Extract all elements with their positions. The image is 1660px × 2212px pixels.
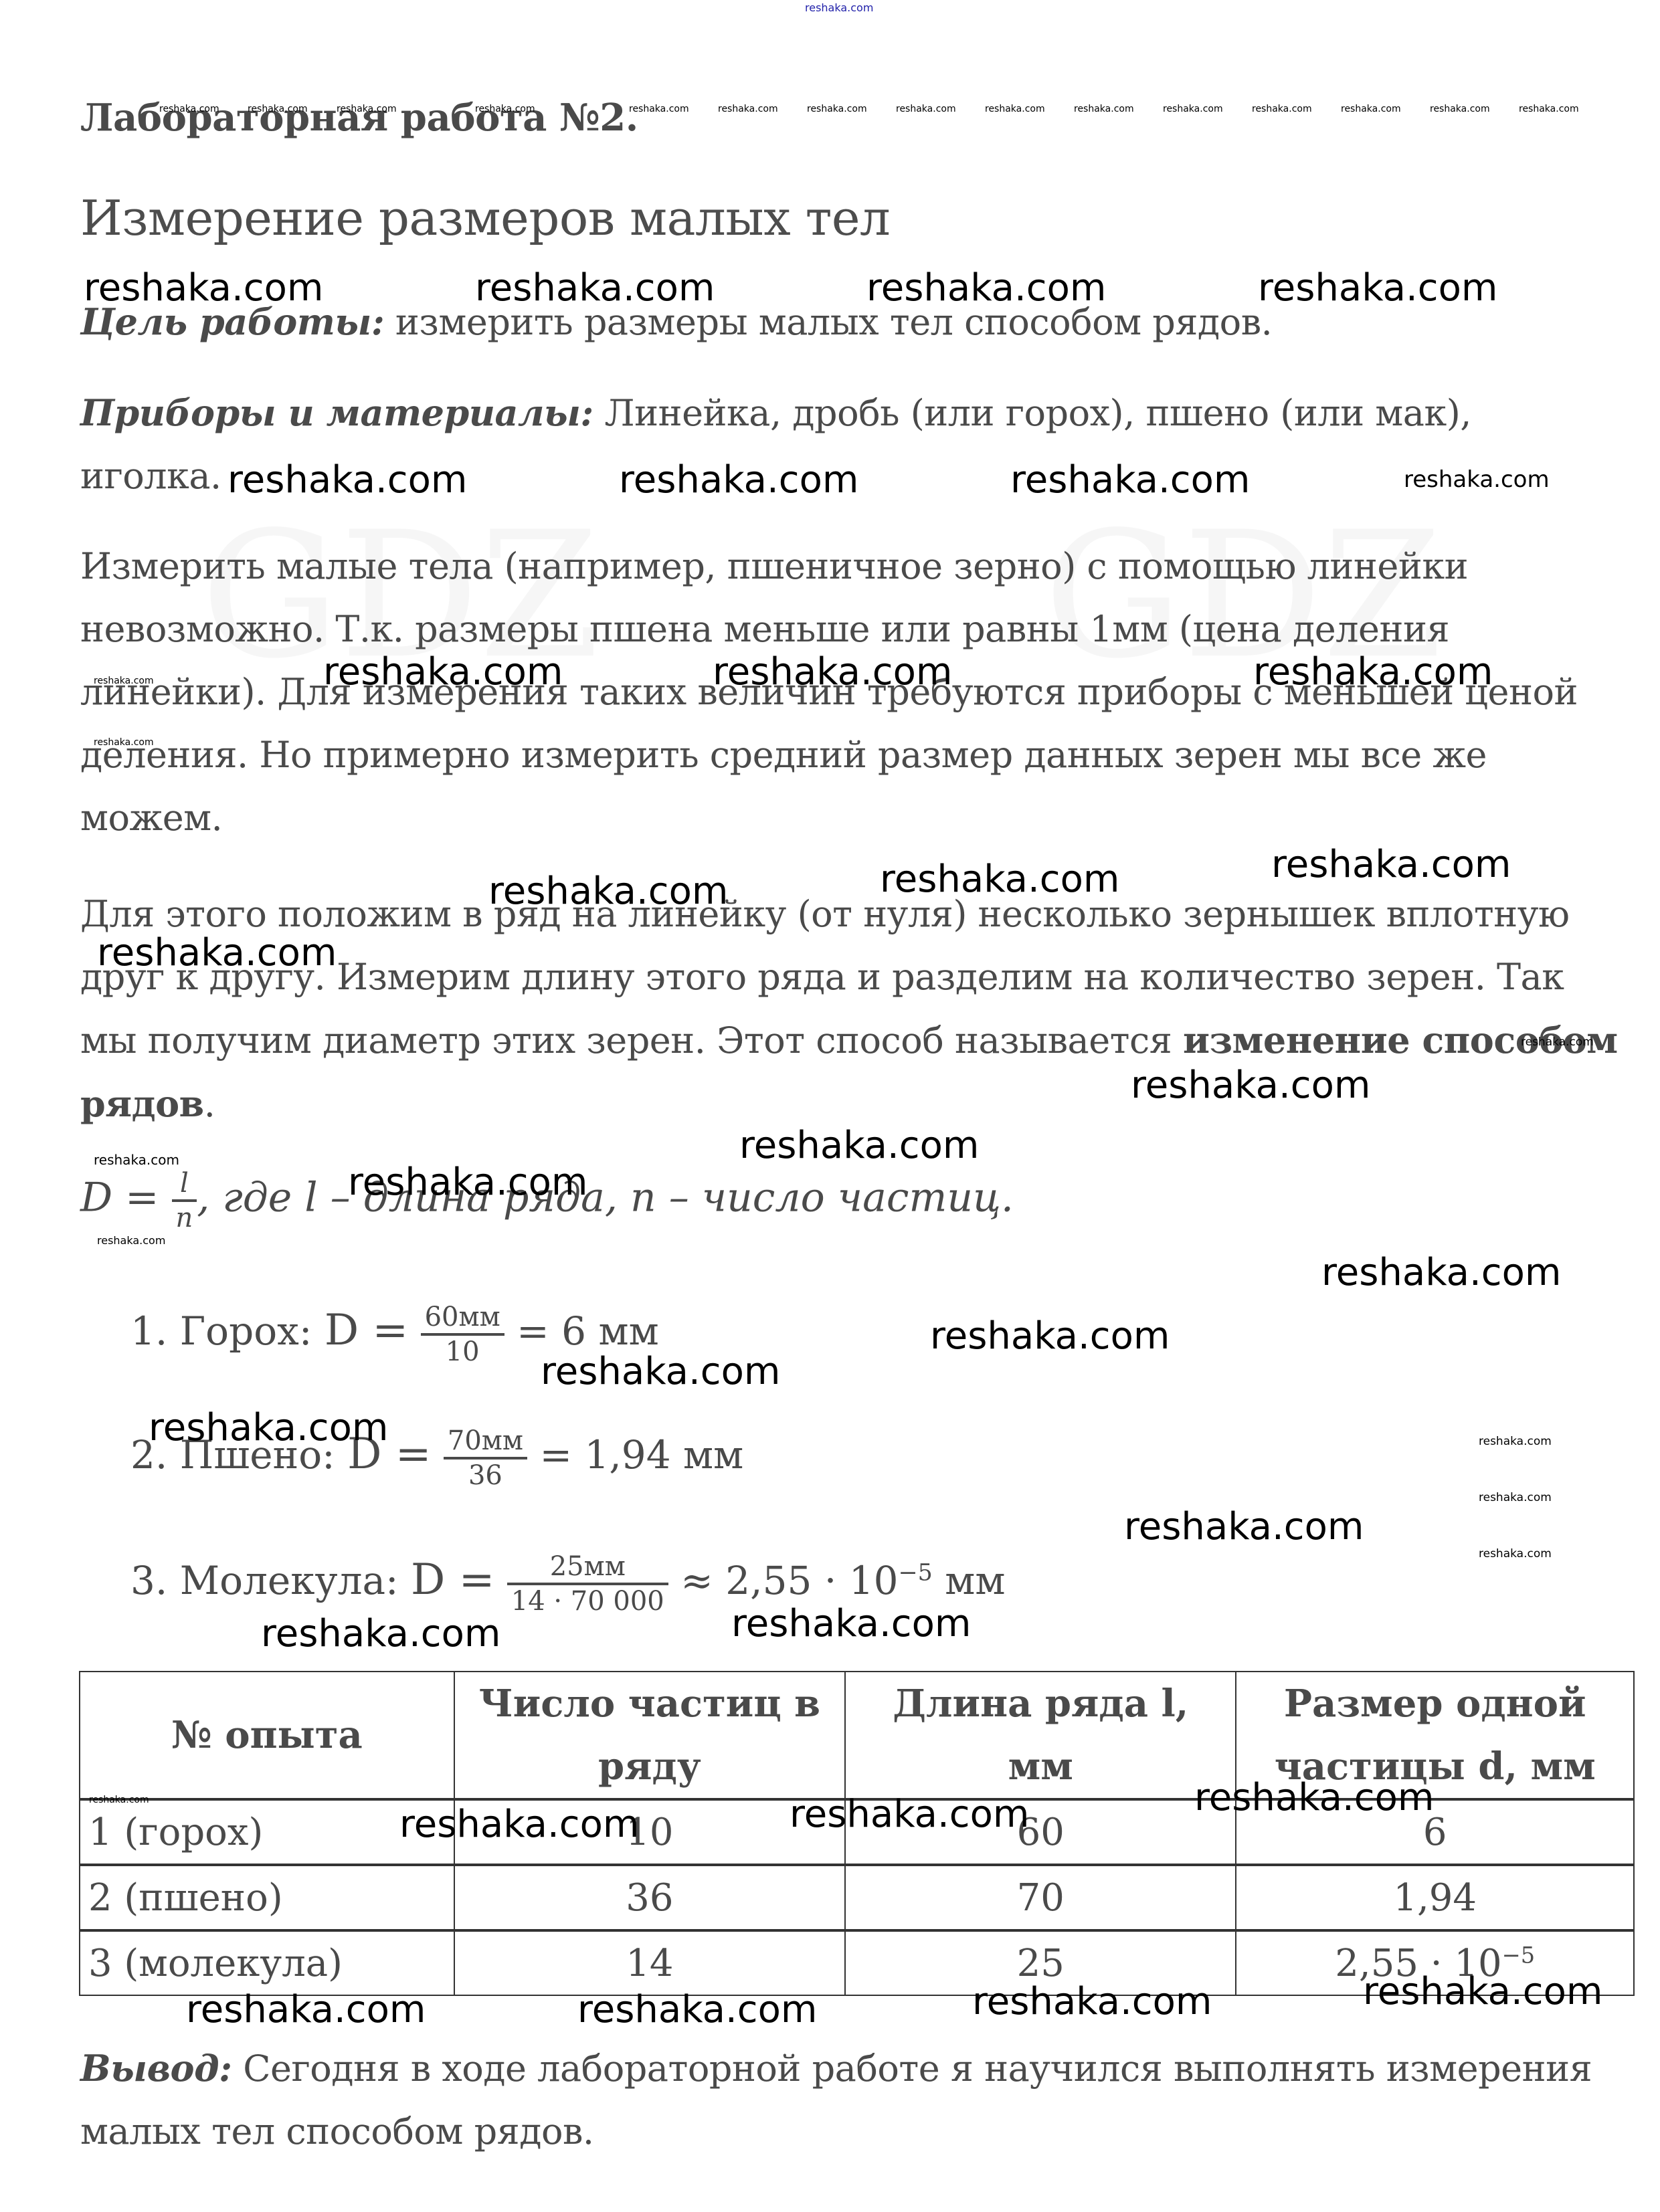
table-row: 2 (пшено) 36 70 1,94 xyxy=(80,1865,1634,1930)
watermark: reshaka.com xyxy=(866,266,1106,310)
calc-label: 3. Молекула: xyxy=(130,1558,411,1603)
watermark: reshaka.com xyxy=(1479,1435,1552,1448)
watermark: reshaka.com xyxy=(1252,104,1312,114)
conclusion-paragraph: Вывод: Сегодня в ходе лабораторной работ… xyxy=(80,2037,1619,2163)
calc-exponent: −5 xyxy=(899,1560,933,1587)
watermark: reshaka.com xyxy=(731,1602,971,1645)
watermark: reshaka.com xyxy=(248,104,308,114)
watermark: reshaka.com xyxy=(149,1406,388,1449)
calc-result: = 1,94 мм xyxy=(539,1432,743,1478)
cell-experiment: 1 (горох) xyxy=(80,1799,454,1865)
watermark: reshaka.com xyxy=(227,458,467,502)
watermark: reshaka.com xyxy=(97,931,337,975)
watermark: reshaka.com xyxy=(323,650,563,694)
watermark: reshaka.com xyxy=(159,104,219,114)
table-header: № опыта xyxy=(80,1672,454,1799)
formula-lhs: D = xyxy=(80,1175,159,1221)
conclusion-label: Вывод: xyxy=(80,2047,232,2090)
watermark: reshaka.com xyxy=(1163,104,1223,114)
watermark: reshaka.com xyxy=(739,1124,979,1167)
watermark: reshaka.com xyxy=(1010,458,1250,502)
cell-count: 14 xyxy=(454,1930,845,1995)
watermark: reshaka.com xyxy=(541,1350,780,1393)
calc-fraction: 25мм 14 · 70 000 xyxy=(507,1550,668,1617)
method-paragraph: Для этого положим в ряд на линейку (от н… xyxy=(80,883,1619,1136)
watermark: reshaka.com xyxy=(488,870,728,913)
watermark: reshaka.com xyxy=(880,858,1119,901)
watermark: reshaka.com xyxy=(1404,466,1550,493)
top-watermark-link[interactable]: reshaka.com xyxy=(805,1,873,14)
cell-experiment: 3 (молекула) xyxy=(80,1930,454,1995)
calc-denominator: 36 xyxy=(444,1460,527,1492)
watermark: reshaka.com xyxy=(807,104,867,114)
watermark: reshaka.com xyxy=(348,1161,587,1204)
cell-count: 36 xyxy=(454,1865,845,1930)
watermark: reshaka.com xyxy=(399,1803,639,1846)
watermark: reshaka.com xyxy=(629,104,689,114)
watermark: reshaka.com xyxy=(972,1980,1212,2023)
formula-fraction: l n xyxy=(172,1167,197,1234)
watermark: reshaka.com xyxy=(186,1988,426,2031)
watermark: reshaka.com xyxy=(84,266,323,310)
watermark: reshaka.com xyxy=(1430,104,1490,114)
equipment-label: Приборы и материалы: xyxy=(80,391,593,434)
formula-numerator: l xyxy=(172,1167,197,1202)
calc-result: = 6 мм xyxy=(517,1308,659,1354)
watermark: reshaka.com xyxy=(1363,1970,1602,2013)
calc-denominator: 10 xyxy=(421,1336,504,1368)
cell-size: 1,94 xyxy=(1236,1865,1634,1930)
watermark: reshaka.com xyxy=(1194,1776,1434,1819)
watermark: reshaka.com xyxy=(1124,1505,1364,1548)
calc-denominator: 14 · 70 000 xyxy=(507,1585,668,1617)
document-page: GDZ GDZ reshaka.com Лабораторная работа … xyxy=(0,0,1660,2212)
watermark: reshaka.com xyxy=(89,1795,149,1805)
watermark: reshaka.com xyxy=(790,1793,1029,1836)
watermark: reshaka.com xyxy=(475,104,535,114)
formula-explanation: , где l – длина ряда, n – число частиц. xyxy=(197,1175,1014,1221)
calc-label: 1. Горох: xyxy=(130,1308,325,1354)
watermark: reshaka.com xyxy=(619,458,858,502)
watermark: reshaka.com xyxy=(713,650,952,694)
calc-numerator: 25мм xyxy=(507,1550,668,1585)
watermark: reshaka.com xyxy=(1074,104,1134,114)
calc-numerator: 70мм xyxy=(444,1425,527,1460)
conclusion-text: Сегодня в ходе лабораторной работе я нау… xyxy=(80,2047,1592,2152)
watermark: reshaka.com xyxy=(577,1988,817,2031)
cell-size-value: 1,94 xyxy=(1393,1876,1477,1920)
watermark: reshaka.com xyxy=(94,1152,179,1168)
cell-length: 70 xyxy=(845,1865,1236,1930)
watermark: reshaka.com xyxy=(1519,104,1579,114)
cell-experiment: 2 (пшено) xyxy=(80,1865,454,1930)
watermark: reshaka.com xyxy=(1258,266,1497,310)
watermark: reshaka.com xyxy=(930,1314,1170,1358)
watermark: reshaka.com xyxy=(1131,1064,1370,1107)
watermark: reshaka.com xyxy=(1271,843,1511,886)
calc-unit: мм xyxy=(933,1558,1006,1603)
watermark: reshaka.com xyxy=(475,266,715,310)
calc-result: ≈ 2,55 · 10 xyxy=(680,1558,898,1603)
watermark: reshaka.com xyxy=(1479,1547,1552,1561)
table-header: Число частиц в ряду xyxy=(454,1672,845,1799)
watermark: reshaka.com xyxy=(1521,1035,1594,1049)
watermark: reshaka.com xyxy=(94,737,154,748)
watermark: reshaka.com xyxy=(261,1612,500,1655)
watermark: reshaka.com xyxy=(985,104,1045,114)
calc-lhs: D = xyxy=(411,1555,494,1605)
watermark: reshaka.com xyxy=(337,104,397,114)
calc-fraction: 70мм 36 xyxy=(444,1425,527,1492)
calc-numerator: 60мм xyxy=(421,1301,504,1336)
watermark: reshaka.com xyxy=(1341,104,1401,114)
watermark: reshaka.com xyxy=(718,104,778,114)
watermark: reshaka.com xyxy=(1479,1491,1552,1504)
document-subtitle: Измерение размеров малых тел xyxy=(80,194,890,242)
cell-size-exponent: −5 xyxy=(1502,1942,1536,1968)
calc-fraction: 60мм 10 xyxy=(421,1301,504,1368)
watermark: reshaka.com xyxy=(1321,1251,1561,1294)
calc-lhs: D = xyxy=(325,1306,408,1355)
formula-denominator: n xyxy=(172,1202,197,1234)
method-end: . xyxy=(204,1083,215,1125)
watermark: reshaka.com xyxy=(896,104,956,114)
watermark: reshaka.com xyxy=(97,1234,165,1247)
watermark: reshaka.com xyxy=(1253,650,1493,694)
watermark: reshaka.com xyxy=(94,676,154,686)
table-header: Длина ряда l, мм xyxy=(845,1672,1236,1799)
